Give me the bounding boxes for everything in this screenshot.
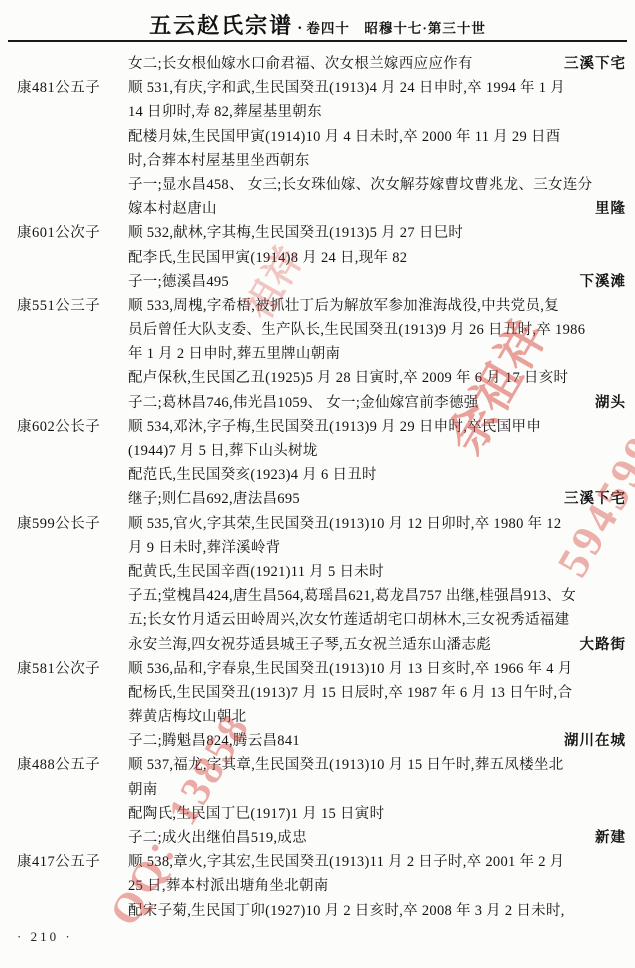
entry-text: 员后曾任大队支委、生产队长,生民国癸丑(1913)9 月 26 日丑时,卒 19… xyxy=(128,318,585,342)
genealogy-line: 子二;成火出继伯昌519,成忠新建 xyxy=(0,826,635,850)
entry-text: 葬黄店梅坟山朝北 xyxy=(128,705,246,729)
father-label: 康481公五子 xyxy=(0,76,128,100)
father-label: 康602公长子 xyxy=(0,415,128,439)
genealogy-line: 子二;腾魁昌824,腾云昌841湖川在城 xyxy=(0,729,635,753)
entry-text: 时,合葬本村屋基里坐西朝东 xyxy=(128,149,310,173)
entry-text: 配卢保秋,生民国乙丑(1925)5 月 28 日寅时,卒 2009 年 6 月 … xyxy=(128,366,568,390)
header-divider xyxy=(8,40,627,42)
entry-text: 子二;腾魁昌824,腾云昌841 xyxy=(128,729,300,753)
genealogy-line: 五;长女竹月适云田岭周兴,次女竹莲适胡宅口胡林木,三女祝秀适福建 xyxy=(0,608,635,632)
entry-text: 年 1 月 2 日申时,葬五里牌山朝南 xyxy=(128,342,340,366)
genealogy-line: 员后曾任大队支委、生产队长,生民国癸丑(1913)9 月 26 日丑时,卒 19… xyxy=(0,318,635,342)
title-separator-dot: · xyxy=(293,20,306,37)
genealogy-line: 时,合葬本村屋基里坐西朝东 xyxy=(0,149,635,173)
entry-text: 25 日,葬本村派出塘角坐北朝南 xyxy=(128,874,329,898)
residence-tag: 下溪滩 xyxy=(570,270,627,294)
entry-text: 女二;长女根仙嫁水口俞君福、次女根兰嫁西应应作有 xyxy=(128,52,473,76)
genealogy-line: 配宋子菊,生民国丁卯(1927)10 月 2 日亥时,卒 2008 年 3 月 … xyxy=(0,899,635,923)
genealogy-line: 葬黄店梅坟山朝北 xyxy=(0,705,635,729)
residence-tag: 新建 xyxy=(585,826,626,850)
genealogy-line: 康581公次子顺 536,品和,字春泉,生民国癸丑(1913)10 月 13 日… xyxy=(0,657,635,681)
entry-text: 14 日卯时,寿 82,葬屋基里朝东 xyxy=(128,100,322,124)
father-label: 康581公次子 xyxy=(0,657,128,681)
genealogy-line: 康602公长子顺 534,邓沐,字子梅,生民国癸丑(1913)9 月 29 日申… xyxy=(0,415,635,439)
genealogy-line: 子一;显水昌458、 女三;长女珠仙嫁、次女解芬嫁曹坟曹兆龙、三女连分 xyxy=(0,173,635,197)
entry-text: 配黄氏,生民国辛酉(1921)11 月 5 日未时 xyxy=(128,560,384,584)
entry-text: 顺 532,献林,字其梅,生民国癸丑(1913)5 月 27 日巳时 xyxy=(128,221,463,245)
genealogy-line: 康417公五子顺 538,章火,字其宏,生民国癸丑(1913)11 月 2 日子… xyxy=(0,850,635,874)
genealogy-line: 女二;长女根仙嫁水口俞君福、次女根兰嫁西应应作有三溪下宅 xyxy=(0,52,635,76)
father-label: 康601公次子 xyxy=(0,221,128,245)
genealogy-line: 配李氏,生民国甲寅(1914)8 月 24 日,现年 82 xyxy=(0,246,635,270)
genealogy-line: 配杨氏,生民国癸丑(1913)7 月 15 日辰时,卒 1987 年 6 月 1… xyxy=(0,681,635,705)
genealogy-line: 子一;德溪昌495下溪滩 xyxy=(0,270,635,294)
genealogy-line: 配卢保秋,生民国乙丑(1925)5 月 28 日寅时,卒 2009 年 6 月 … xyxy=(0,366,635,390)
entry-text: 配李氏,生民国甲寅(1914)8 月 24 日,现年 82 xyxy=(128,246,407,270)
genealogy-line: 继子;则仁昌692,唐法昌695三溪下宅 xyxy=(0,487,635,511)
genealogy-line: 康488公五子顺 537,福龙,字其章,生民国癸丑(1913)10 月 15 日… xyxy=(0,753,635,777)
entry-text: 五;长女竹月适云田岭周兴,次女竹莲适胡宅口胡林木,三女祝秀适福建 xyxy=(128,608,569,632)
genealogy-line: 子二;葛林昌746,伟光昌1059、 女一;金仙嫁宫前李德强湖头 xyxy=(0,391,635,415)
entry-text: 嫁本村赵唐山 xyxy=(128,197,217,221)
entry-text: 顺 537,福龙,字其章,生民国癸丑(1913)10 月 15 日午时,葬五凤楼… xyxy=(128,753,564,777)
genealogy-line: 配黄氏,生民国辛酉(1921)11 月 5 日未时 xyxy=(0,560,635,584)
entry-text: (1944)7 月 5 日,葬下山头树垅 xyxy=(128,439,318,463)
genealogy-line: 康599公长子顺 535,官火,字其荣,生民国癸丑(1913)10 月 12 日… xyxy=(0,512,635,536)
genealogy-line: 配楼月妹,生民国甲寅(1914)10 月 4 日未时,卒 2000 年 11 月… xyxy=(0,125,635,149)
entry-text: 朝南 xyxy=(128,778,158,802)
entry-text: 配范氏,生民国癸亥(1923)4 月 6 日丑时 xyxy=(128,463,377,487)
entry-text: 顺 538,章火,字其宏,生民国癸丑(1913)11 月 2 日子时,卒 200… xyxy=(128,850,564,874)
residence-tag: 大路街 xyxy=(570,633,627,657)
entry-text: 继子;则仁昌692,唐法昌695 xyxy=(128,487,300,511)
genealogy-line: 配范氏,生民国癸亥(1923)4 月 6 日丑时 xyxy=(0,463,635,487)
residence-tag: 三溪下宅 xyxy=(554,52,626,76)
entry-text: 子五;堂槐昌424,唐生昌564,葛瑶昌621,葛龙昌757 出继,桂强昌913… xyxy=(128,584,576,608)
genealogy-line: 朝南 xyxy=(0,778,635,802)
genealogy-line: 康551公三子顺 533,周槐,字希梧,被抓壮丁后为解放军参加淮海战役,中共党员… xyxy=(0,294,635,318)
entry-text: 顺 535,官火,字其荣,生民国癸丑(1913)10 月 12 日卯时,卒 19… xyxy=(128,512,561,536)
entry-text: 配楼月妹,生民国甲寅(1914)10 月 4 日未时,卒 2000 年 11 月… xyxy=(128,125,561,149)
entry-text: 配杨氏,生民国癸丑(1913)7 月 15 日辰时,卒 1987 年 6 月 1… xyxy=(128,681,572,705)
father-label: 康599公长子 xyxy=(0,512,128,536)
entry-text: 永安兰海,四女祝芬适县城王子琴,五女祝兰适东山潘志彪 xyxy=(128,633,491,657)
entries-container: 女二;长女根仙嫁水口俞君福、次女根兰嫁西应应作有三溪下宅康481公五子顺 531… xyxy=(0,52,635,923)
entry-text: 配陶氏,生民国丁巳(1917)1 月 15 日寅时 xyxy=(128,802,384,826)
page-number: · 210 · xyxy=(17,929,73,945)
genealogy-line: 25 日,葬本村派出塘角坐北朝南 xyxy=(0,874,635,898)
entry-text: 子一;显水昌458、 女三;长女珠仙嫁、次女解芬嫁曹坟曹兆龙、三女连分 xyxy=(128,173,592,197)
entry-text: 子二;成火出继伯昌519,成忠 xyxy=(128,826,307,850)
genealogy-line: 14 日卯时,寿 82,葬屋基里朝东 xyxy=(0,100,635,124)
genealogy-line: 康601公次子顺 532,献林,字其梅,生民国癸丑(1913)5 月 27 日巳… xyxy=(0,221,635,245)
entry-text: 顺 536,品和,字春泉,生民国癸丑(1913)10 月 13 日亥时,卒 19… xyxy=(128,657,573,681)
volume-and-generation: 卷四十 昭穆十七·第三十世 xyxy=(306,21,486,36)
entry-text: 月 9 日未时,葬洋溪岭背 xyxy=(128,536,281,560)
genealogy-line: (1944)7 月 5 日,葬下山头树垅 xyxy=(0,439,635,463)
residence-tag: 里隆 xyxy=(585,197,626,221)
father-label: 康551公三子 xyxy=(0,294,128,318)
father-label: 康488公五子 xyxy=(0,753,128,777)
father-label: 康417公五子 xyxy=(0,850,128,874)
genealogy-line: 配陶氏,生民国丁巳(1917)1 月 15 日寅时 xyxy=(0,802,635,826)
genealogy-line: 月 9 日未时,葬洋溪岭背 xyxy=(0,536,635,560)
genealogy-line: 康481公五子顺 531,有庆,字和武,生民国癸丑(1913)4 月 24 日申… xyxy=(0,76,635,100)
residence-tag: 三溪下宅 xyxy=(554,487,626,511)
book-title: 五云赵氏宗谱 xyxy=(149,13,293,38)
genealogy-line: 永安兰海,四女祝芬适县城王子琴,五女祝兰适东山潘志彪大路街 xyxy=(0,633,635,657)
entry-text: 顺 534,邓沐,字子梅,生民国癸丑(1913)9 月 29 日申时,卒民国甲申 xyxy=(128,415,541,439)
genealogy-line: 子五;堂槐昌424,唐生昌564,葛瑶昌621,葛龙昌757 出继,桂强昌913… xyxy=(0,584,635,608)
genealogy-page: 五云赵氏宗谱·卷四十 昭穆十七·第三十世 女二;长女根仙嫁水口俞君福、次女根兰嫁… xyxy=(0,0,635,968)
genealogy-line: 嫁本村赵唐山里隆 xyxy=(0,197,635,221)
entry-text: 子二;葛林昌746,伟光昌1059、 女一;金仙嫁宫前李德强 xyxy=(128,391,479,415)
residence-tag: 湖川在城 xyxy=(554,729,626,753)
page-header: 五云赵氏宗谱·卷四十 昭穆十七·第三十世 xyxy=(0,9,635,40)
entry-text: 配宋子菊,生民国丁卯(1927)10 月 2 日亥时,卒 2008 年 3 月 … xyxy=(128,899,565,923)
residence-tag: 湖头 xyxy=(585,391,626,415)
entry-text: 顺 531,有庆,字和武,生民国癸丑(1913)4 月 24 日申时,卒 199… xyxy=(128,76,565,100)
genealogy-line: 年 1 月 2 日申时,葬五里牌山朝南 xyxy=(0,342,635,366)
entry-text: 子一;德溪昌495 xyxy=(128,270,229,294)
entry-text: 顺 533,周槐,字希梧,被抓壮丁后为解放军参加淮海战役,中共党员,复 xyxy=(128,294,559,318)
